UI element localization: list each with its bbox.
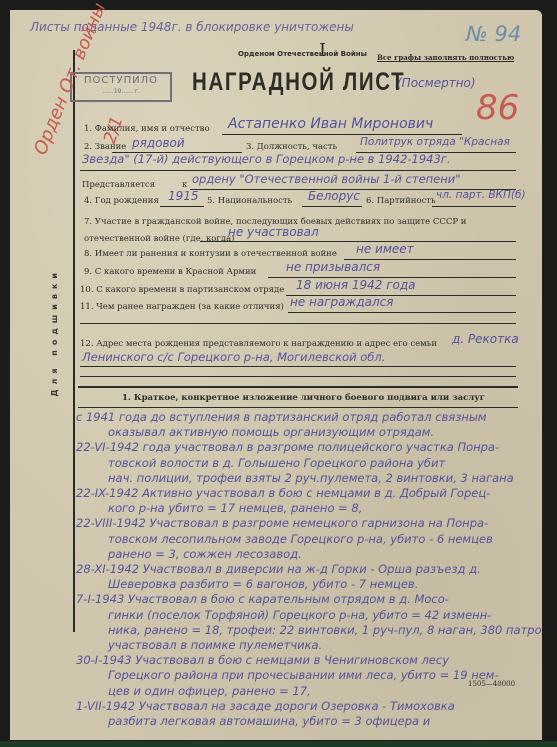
field-value-rank: рядовой — [132, 136, 185, 150]
posthumous-annotation: (Посмертно) — [397, 76, 476, 90]
narrative-line: 22-IX-1942 Активно участвовал в бою с не… — [76, 486, 542, 501]
field-value-partisan-since: 18 июня 1942 года — [296, 278, 416, 292]
narrative-line: Шеверовка разбито = 6 вагонов, убито - 7… — [76, 577, 542, 592]
narrative-line: 7-I-1943 Участвовал в бою с карательным … — [76, 592, 542, 607]
narrative-line: гинки (поселок Торфяной) Горецкого р-на,… — [76, 608, 542, 623]
narrative-line: 30-I-1943 Участвовал в бою с немцами в Ч… — [76, 653, 542, 668]
narrative-line: ника, ранено = 18, трофеи: 22 винтовки, … — [76, 623, 542, 638]
archive-number: № 94 — [466, 22, 521, 46]
red-mark-number: 86 — [476, 88, 519, 128]
received-stamp: ПОСТУПИЛО ......19...... г. — [70, 72, 172, 102]
field-label-partisan-since: 10. С какого времени в партизанском отря… — [80, 285, 284, 295]
field-value-name: Астапенко Иван Миронович — [228, 116, 433, 132]
field-value-position-cont: Звезда" (17-й) действующего в Горецком р… — [82, 152, 451, 166]
stamp-label: ПОСТУПИЛО — [84, 75, 158, 86]
field-label-nationality: 5. Национальность — [207, 196, 292, 206]
field-label-address: 12. Адрес места рождения представляемого… — [80, 339, 437, 349]
narrative-line: товском лесопильном заводе Горецкого р-н… — [76, 532, 542, 547]
scan-border — [0, 741, 557, 747]
form-print-code: 1505—40000 — [468, 680, 515, 688]
narrative-line: ранено = 3, сожжен лесозавод. — [76, 547, 542, 562]
field-value-previous-awards: не награждался — [290, 295, 393, 309]
field-value-award: ордену "Отечественной войны 1-й степени" — [192, 172, 461, 186]
order-class-mark: I — [319, 40, 326, 61]
field-label-presented: Представляется — [82, 180, 155, 190]
section-heading: 1. Краткое, конкретное изложение личного… — [122, 393, 485, 403]
narrative-line: 22-VI-1942 года участвовал в разгроме по… — [76, 440, 542, 455]
narrative-line: участвовал в поимке пулеметчика. — [76, 638, 542, 653]
field-label-position: 3. Должность, часть — [246, 142, 337, 152]
field-value-wounds: не имеет — [356, 242, 414, 256]
narrative-line: нач. полиции, трофеи взяты 2 руч.пулемет… — [76, 471, 542, 486]
stamp-date-line: ......19...... г. — [72, 88, 170, 96]
fill-instruction: Все графы заполнять полностью — [377, 53, 514, 62]
narrative-line: 28-XI-1942 Участвовал в диверсии на ж-д … — [76, 562, 542, 577]
order-header: Орденом Отечественной Войны — [238, 50, 367, 58]
field-value-address: Ленинского с/с Горецкого р-на, Могилевск… — [82, 350, 385, 364]
field-value-war-participation: не участвовал — [228, 225, 319, 239]
field-label-name: 1. Фамилия, имя и отчество — [84, 124, 210, 134]
field-value-nationality: Белорус — [308, 189, 360, 203]
field-label-party: 6. Партийность — [366, 196, 436, 206]
field-label-army-since: 9. С какого времени в Красной Армии — [84, 267, 256, 277]
field-value-army-since: не призывался — [286, 260, 380, 274]
narrative-line: 22-VIII-1942 Участвовал в разгроме немец… — [76, 516, 542, 531]
binding-margin-rule — [73, 50, 75, 632]
narrative-line: оказывал активную помощь организующим от… — [76, 425, 542, 440]
field-value-birth-year: 1915 — [168, 189, 199, 203]
field-value-address-village: д. Рекотка — [452, 332, 519, 346]
field-label-rank: 2. Звание — [84, 142, 126, 152]
narrative-line: 1-VII-1942 Участвовал на засаде дороги О… — [76, 699, 542, 714]
narrative-line: товской волости в д. Голышено Горецкого … — [76, 456, 542, 471]
binding-side-label: Для подшивки — [50, 268, 70, 397]
field-value-position: Политрук отряда "Красная — [360, 136, 510, 148]
field-value-party: чл. парт. ВКП(б) — [436, 189, 526, 201]
narrative-line: разбита легковая автомашина, убито = 3 о… — [76, 714, 542, 729]
field-label-birth-year: 4. Год рождения — [84, 196, 159, 206]
field-label-wounds: 8. Имеет ли ранения и контузии в отечест… — [84, 249, 337, 259]
narrative-line: кого р-на убито = 17 немцев, ранено = 8, — [76, 501, 542, 516]
field-label-previous-awards: 11. Чем ранее награжден (за какие отличи… — [80, 302, 284, 312]
narrative-line: с 1941 года до вступления в партизанский… — [76, 410, 542, 425]
document-title: НАГРАДНОЙ ЛИСТ — [192, 68, 405, 97]
